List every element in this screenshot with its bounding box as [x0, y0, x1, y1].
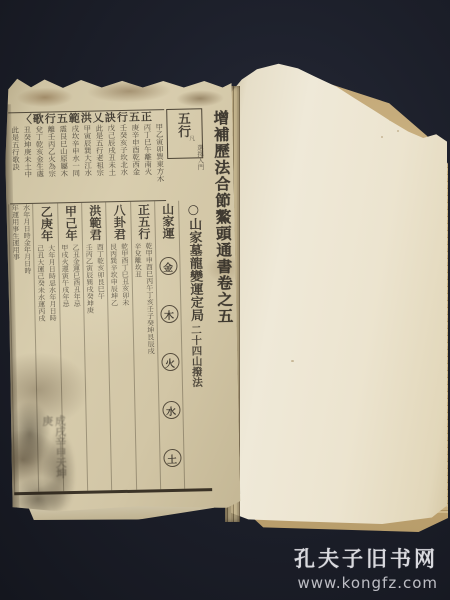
watermark-site-name: 孔夫子旧书网: [294, 543, 438, 573]
corner-note: 凡: [189, 133, 195, 142]
song-header-char: 範: [69, 112, 80, 125]
smudged-characters: 成戌辛申天坤庚: [41, 415, 68, 486]
circled-character: 水: [162, 401, 180, 419]
song-header-char: 五: [129, 111, 140, 124]
column-header: 洪範君: [87, 204, 102, 240]
song-text: 震艮巳山原屬木: [57, 125, 69, 177]
circled-character: 土: [163, 449, 181, 467]
circled-character: 木: [160, 305, 178, 323]
paper-speck: [397, 130, 399, 132]
column-body: 酉丁乾亥卯艮巳午壬丙乙寅辰巽戌癸坤庚: [84, 243, 111, 490]
song-text: 甲寅辰巽大江水: [81, 125, 93, 177]
printed-left-page: 增補歷法合節鰲頭通書卷之五 選擇入門 五行 凡 甲乙寅卯巽東方木正丙丁巳午離南火…: [3, 72, 240, 513]
watermark-site-url: www.kongfz.com: [294, 574, 438, 592]
song-text: 庚辛申酉乾西金: [129, 124, 141, 176]
paper-speck: [381, 136, 383, 138]
song-text: 兌丁乾亥金生處: [33, 126, 45, 178]
paper-speck: [291, 360, 294, 362]
song-header-char: 行: [45, 112, 56, 125]
song-header-char: 訣: [105, 111, 116, 124]
column-header: 正五行: [135, 203, 150, 239]
song-text: 離壬丙乙火為宗: [45, 125, 57, 177]
song-header-char: 〈: [21, 113, 32, 126]
kongfz-watermark: 孔夫子旧书网 www.kongfz.com: [294, 543, 438, 592]
song-header-char: 正: [141, 110, 152, 123]
song-text: 丙丁巳午離南火: [141, 123, 153, 175]
song-header-char: 洪: [81, 112, 92, 125]
column-body: 乾甲申酉巳丙午丁亥壬子癸坤艮辰戌辛兌離坎丑: [132, 242, 159, 489]
circled-character: 金: [159, 257, 177, 275]
column-header: 甲己年: [63, 205, 78, 241]
section-title: ○山家墓龍變運定局: [185, 202, 203, 321]
column-body: 乾甲酉丁巳丑亥卯未艮丙巽辛坎申辰坤乙: [108, 243, 135, 490]
song-text: 戊己辰戌丑未土: [105, 124, 117, 176]
song-header-char: 五: [57, 112, 68, 125]
song-text: 甲乙寅卯巽東方木: [153, 123, 165, 182]
corner-label-box: 五行 凡: [166, 108, 203, 159]
song-text: 壬癸亥子坎北水: [117, 124, 129, 176]
volume-title: 增補歷法合節鰲頭通書卷之五: [211, 110, 235, 390]
song-text: 此是五行老祖宗: [93, 124, 105, 176]
song-text: 戌坎辛申水一同: [69, 125, 81, 177]
five-elements-songs-band: 甲乙寅卯巽東方木正丙丁巳午離南火五庚辛申酉乾西金行壬癸亥子坎北水訣戊己辰戌丑未土…: [8, 109, 166, 204]
column-header: 山家運: [160, 203, 175, 239]
section-subtitle: 二十四山撥法: [189, 324, 203, 387]
mountain-fortune-table: ○山家墓龍變運定局 二十四山撥法 山家運金木火水土正五行乾甲申酉巳丙午丁亥壬子癸…: [8, 200, 212, 495]
corner-label: 五行: [174, 112, 189, 138]
photo-antique-chinese-almanac: 增補歷法合節鰲頭通書卷之五 選擇入門 五行 凡 甲乙寅卯巽東方木正丙丁巳午離南火…: [0, 0, 450, 600]
song-text: 丑癸坤庚未土中: [21, 126, 33, 178]
column-header: 乙庚年: [38, 205, 53, 241]
circled-character: 火: [161, 353, 179, 371]
song-text: 此是五行歌訣: [9, 126, 21, 171]
song-header-char: 歌: [33, 113, 44, 126]
song-header-char: 行: [117, 111, 128, 124]
column-header: 八卦君: [111, 204, 126, 240]
song-column: 甲乙寅卯巽東方木: [152, 110, 166, 200]
song-header-char: 乂: [93, 111, 104, 124]
